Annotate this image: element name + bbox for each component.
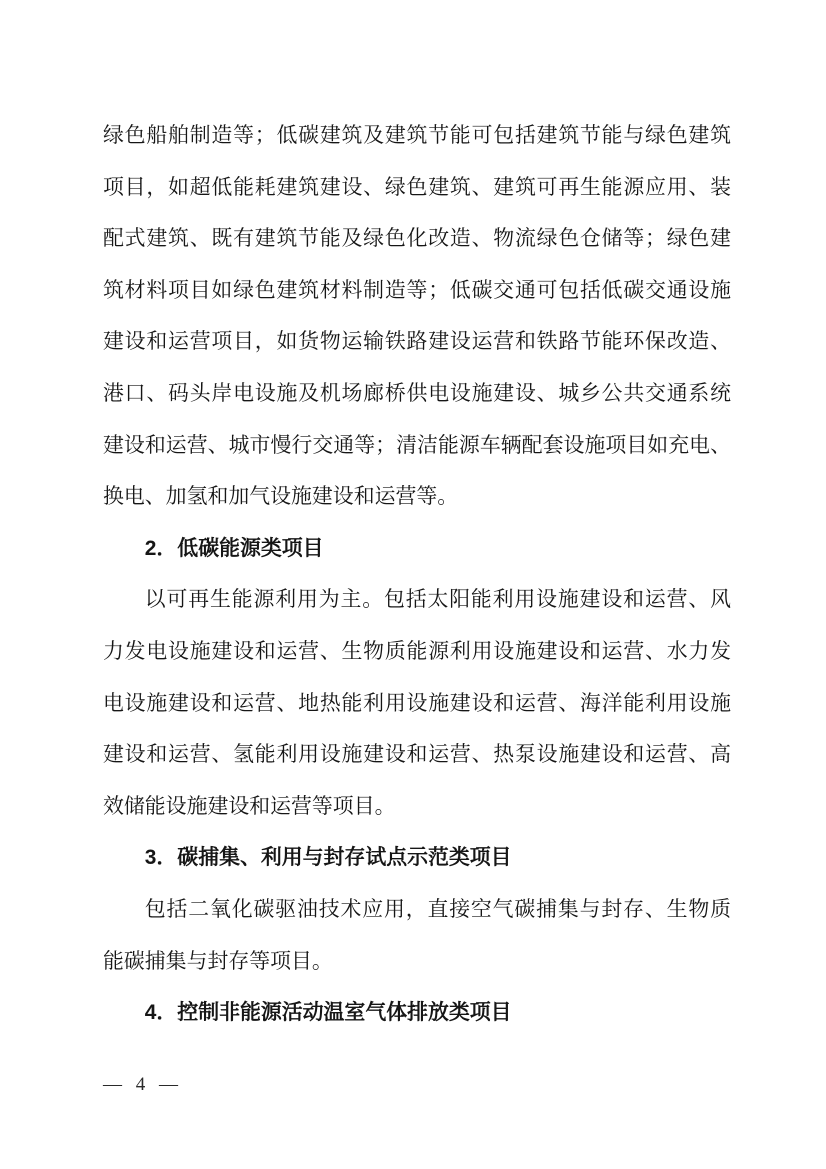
section-heading: 4．控制非能源活动温室气体排放类项目 — [103, 987, 731, 1039]
body-line: 力发电设施建设和运营、生物质能源利用设施建设和运营、水力发 — [103, 626, 731, 678]
page-number: — 4 — — [103, 1074, 178, 1095]
body-line: 换电、加氢和加气设施建设和运营等。 — [103, 471, 731, 523]
body-line: 电设施建设和运营、地热能利用设施建设和运营、海洋能利用设施 — [103, 678, 731, 730]
section-heading: 2．低碳能源类项目 — [103, 523, 731, 575]
body-line: 建设和运营项目，如货物运输铁路建设运营和铁路节能环保改造、 — [103, 316, 731, 368]
document-page: 绿色船舶制造等；低碳建筑及建筑节能可包括建筑节能与绿色建筑项目，如超低能耗建筑建… — [0, 0, 826, 1169]
page-footer: — 4 — — [103, 1072, 178, 1098]
body-line: 建设和运营、氢能利用设施建设和运营、热泵设施建设和运营、高 — [103, 729, 731, 781]
body-line: 建设和运营、城市慢行交通等；清洁能源车辆配套设施项目如充电、 — [103, 420, 731, 472]
body-line: 以可再生能源利用为主。包括太阳能利用设施建设和运营、风 — [103, 574, 731, 626]
text-block: 绿色船舶制造等；低碳建筑及建筑节能可包括建筑节能与绿色建筑项目，如超低能耗建筑建… — [103, 110, 731, 1039]
body-line: 绿色船舶制造等；低碳建筑及建筑节能可包括建筑节能与绿色建筑 — [103, 110, 731, 162]
body-line: 项目，如超低能耗建筑建设、绿色建筑、建筑可再生能源应用、装 — [103, 162, 731, 214]
body-line: 包括二氧化碳驱油技术应用，直接空气碳捕集与封存、生物质 — [103, 884, 731, 936]
body-line: 筑材料项目如绿色建筑材料制造等；低碳交通可包括低碳交通设施 — [103, 265, 731, 317]
body-line: 港口、码头岸电设施及机场廊桥供电设施建设、城乡公共交通系统 — [103, 368, 731, 420]
body-line: 配式建筑、既有建筑节能及绿色化改造、物流绿色仓储等；绿色建 — [103, 213, 731, 265]
body-line: 能碳捕集与封存等项目。 — [103, 936, 731, 988]
section-heading: 3．碳捕集、利用与封存试点示范类项目 — [103, 832, 731, 884]
body-line: 效储能设施建设和运营等项目。 — [103, 781, 731, 833]
